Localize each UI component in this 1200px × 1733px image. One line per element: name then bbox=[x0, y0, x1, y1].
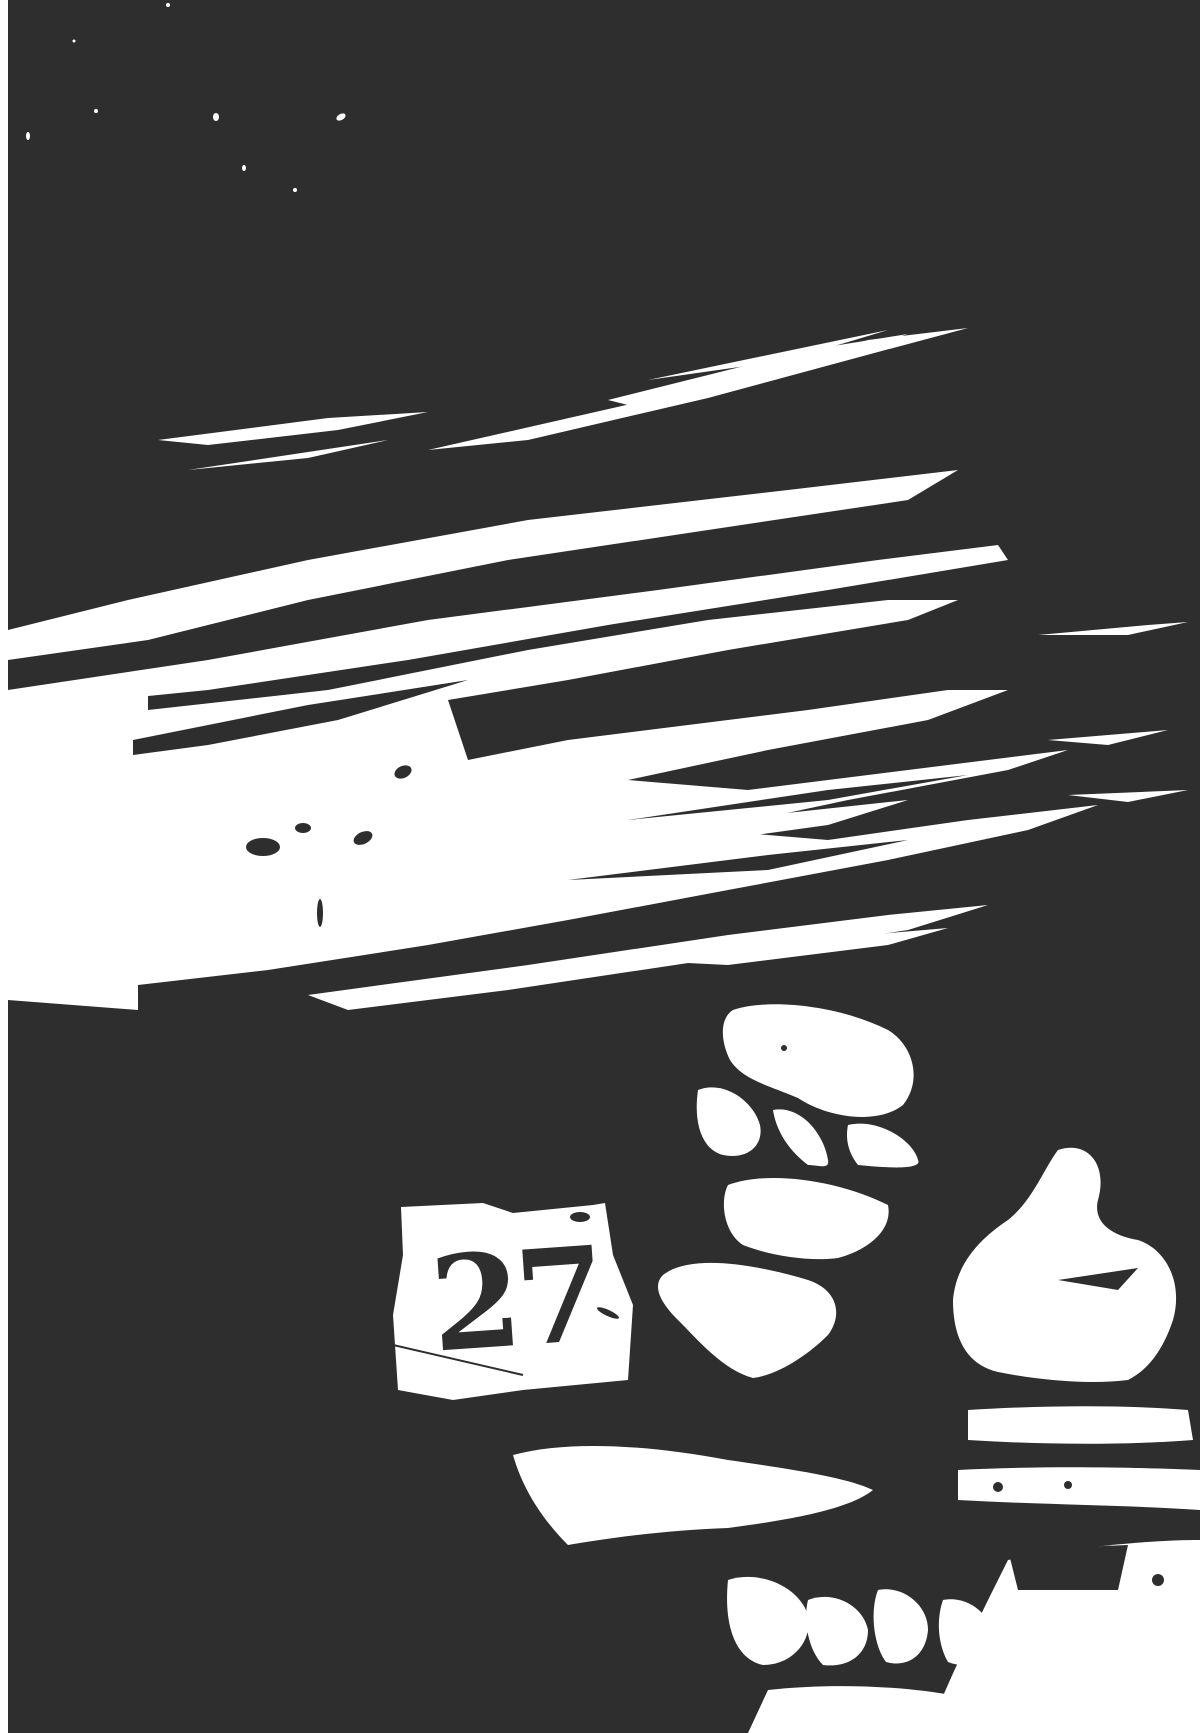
title-artwork: 27 鮮 bbox=[8, 0, 1200, 1733]
manga-page: 27 鮮 bbox=[0, 0, 1200, 1733]
title-calligraphy: 鮮 bbox=[8, 0, 9, 1]
upper-streaks bbox=[158, 328, 968, 470]
chapter-number-tag: 27 bbox=[393, 1195, 638, 1405]
ink-specks bbox=[26, 3, 910, 342]
chapter-number: 27 bbox=[389, 1227, 642, 1374]
brush-stroke-art bbox=[8, 0, 1200, 1733]
